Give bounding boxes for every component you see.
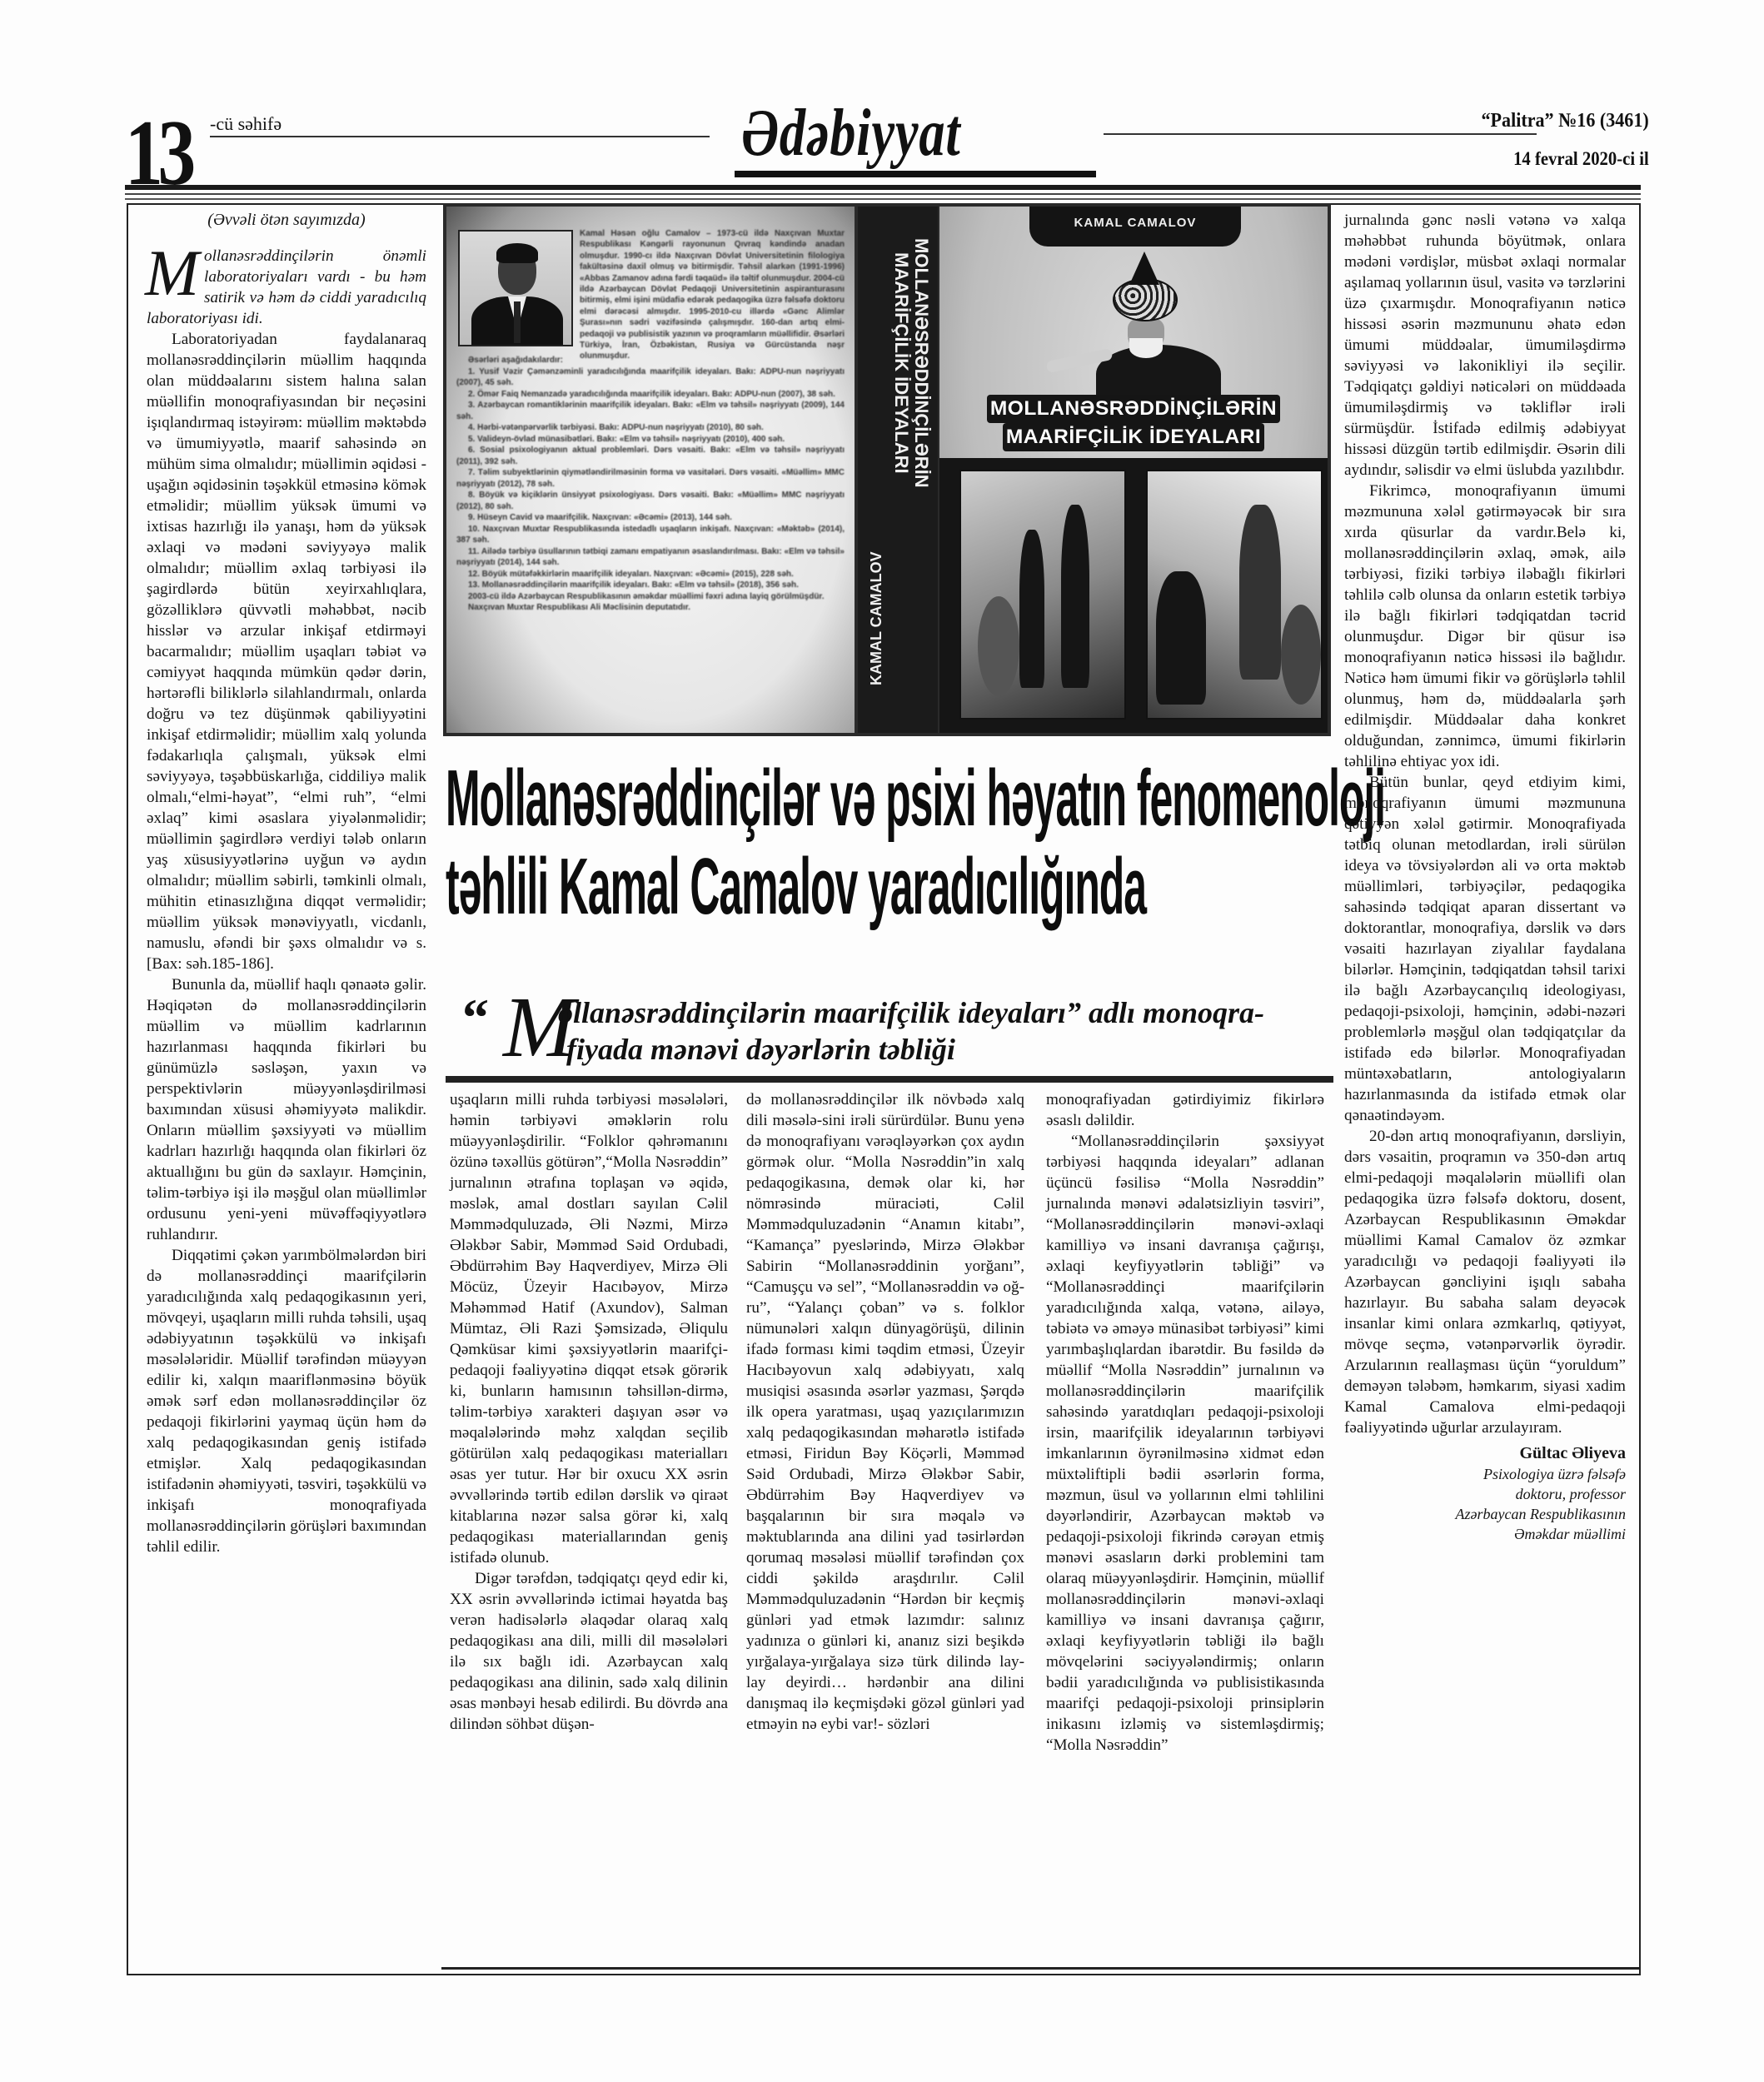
article-column-middle-3: monoqrafiyadan gətirdiyimiz fikirlərə əs… (1046, 1089, 1324, 1756)
author-signature-title: Psixologiya üzrə fəlsəfə (1344, 1464, 1626, 1484)
book-cover-photo: Kamal Həsən oğlu Camalov – 1973-cü ildə … (443, 203, 1331, 736)
book-spine: MOLLANƏSRƏDDİNÇİLƏRİN MAARİFÇİLİK İDEYAL… (858, 207, 938, 733)
paragraph: də mollanəsrəddinçilər ilk növbədə xalq … (746, 1089, 1024, 1735)
paragraph: jurnalında gənc nəsli vətənə və xalqa mə… (1344, 210, 1626, 481)
continued-note: (Əvvəli ötən sayımızda) (147, 210, 426, 231)
paragraph: uşaqların milli ruhda tərbiyəsi məsələlə… (450, 1089, 728, 1568)
paragraph: 20-dən artıq monoqrafiyanın, dərsliyin, … (1344, 1126, 1626, 1438)
subheadline-quote-mark: “ (462, 991, 489, 1044)
spine-title: MOLLANƏSRƏDDİNÇİLƏRİN MAARİFÇİLİK İDEYAL… (865, 213, 931, 513)
paper-issue: “Palitra” №16 (3461) (1482, 110, 1649, 132)
header-rule-left (210, 136, 710, 137)
author-signature-name: Gültac Əliyeva (1344, 1443, 1626, 1464)
paragraph: Diqqətimi çəkən yarımbölmələrdən biri də… (147, 1245, 426, 1557)
paragraph: Fikrimcə, monoqrafiyanın ümumi məzmununa… (1344, 481, 1626, 772)
header-divider-thin (125, 193, 1641, 195)
paragraph: Bütün bunlar, qeyd etdiyim kimi, monoqra… (1344, 772, 1626, 1126)
paragraph: “Mollanəsrəddinçilərin şəxsiyyət tərbiyə… (1046, 1131, 1324, 1756)
page-number-suffix: -cü səhifə (210, 113, 282, 135)
author-signature-title: Əməkdar müəllimi (1344, 1524, 1626, 1544)
article-column-right: jurnalında gənc nəsli vətənə və xalqa mə… (1344, 210, 1626, 1544)
front-cover: KAMAL CAMALOV MOLLANƏSRƏDDİNÇİLƏRİN MAAR… (939, 207, 1328, 733)
cover-author: KAMAL CAMALOV (1029, 207, 1241, 247)
cover-illustration-left (959, 470, 1126, 720)
paragraph: Bununla da, müəllif haqlı qənaətə gəlir.… (147, 974, 426, 1245)
back-cover: Kamal Həsən oğlu Camalov – 1973-cü ildə … (446, 207, 855, 733)
issue-date: 14 fevral 2020-ci il (1513, 148, 1649, 170)
drop-cap: M (145, 249, 199, 297)
paragraph: Digər tərəfdən, tədqiqatçı qeyd edir ki,… (450, 1568, 728, 1735)
section-title-underline (735, 171, 1096, 177)
lead-paragraph: Mollanəsrəddinçilərin önəmli laboratoriy… (147, 246, 426, 329)
cover-illustrations (939, 458, 1328, 733)
header-divider (125, 185, 1641, 190)
article-column-middle-1: uşaqların milli ruhda tərbiyəsi məsələlə… (450, 1089, 728, 1735)
section-title: Ədəbiyyat (741, 100, 960, 167)
cover-illustration-right (1146, 470, 1323, 720)
molla-nasreddin-illustration (1046, 252, 1238, 393)
paragraph: Laboratoriyadan faydalanaraq mollanəsrəd… (147, 329, 426, 974)
article-headline: Mollanəsrəddinçilər və psixi həyatın fen… (446, 755, 914, 931)
cover-title: MOLLANƏSRƏDDİNÇİLƏRİN MAARİFÇİLİK İDEYAL… (944, 395, 1323, 451)
header-rule-right (1104, 133, 1537, 135)
bottom-rule (441, 1967, 1641, 1970)
header-divider-thin (125, 198, 1641, 200)
spine-author: KAMAL CAMALOV (868, 515, 918, 723)
article-column-middle-2: də mollanəsrəddinçilər ilk növbədə xalq … (746, 1089, 1024, 1735)
author-portrait (458, 230, 573, 346)
article-column-left: (Əvvəli ötən sayımızda) Mollanəsrəddinçi… (147, 210, 426, 1557)
author-bio: Kamal Həsən oğlu Camalov – 1973-cü ildə … (580, 228, 845, 362)
paragraph: monoqrafiyadan gətirdiyimiz fikirlərə əs… (1046, 1089, 1324, 1131)
author-signature-title: Azərbaycan Respublikasının (1344, 1504, 1626, 1524)
subheadline-rule (446, 1076, 1333, 1083)
subheadline-line-1: ollanəsrəddinçilərin maarifçilik ideyala… (558, 998, 1264, 1028)
subheadline-line-2: fiyada mənəvi dəyərlərin təbliği (566, 1034, 955, 1064)
works-list: Əsərləri aşağıdakılardır: 1. Yusif Vəzir… (456, 355, 845, 614)
author-signature-title: doktoru, professor (1344, 1484, 1626, 1504)
